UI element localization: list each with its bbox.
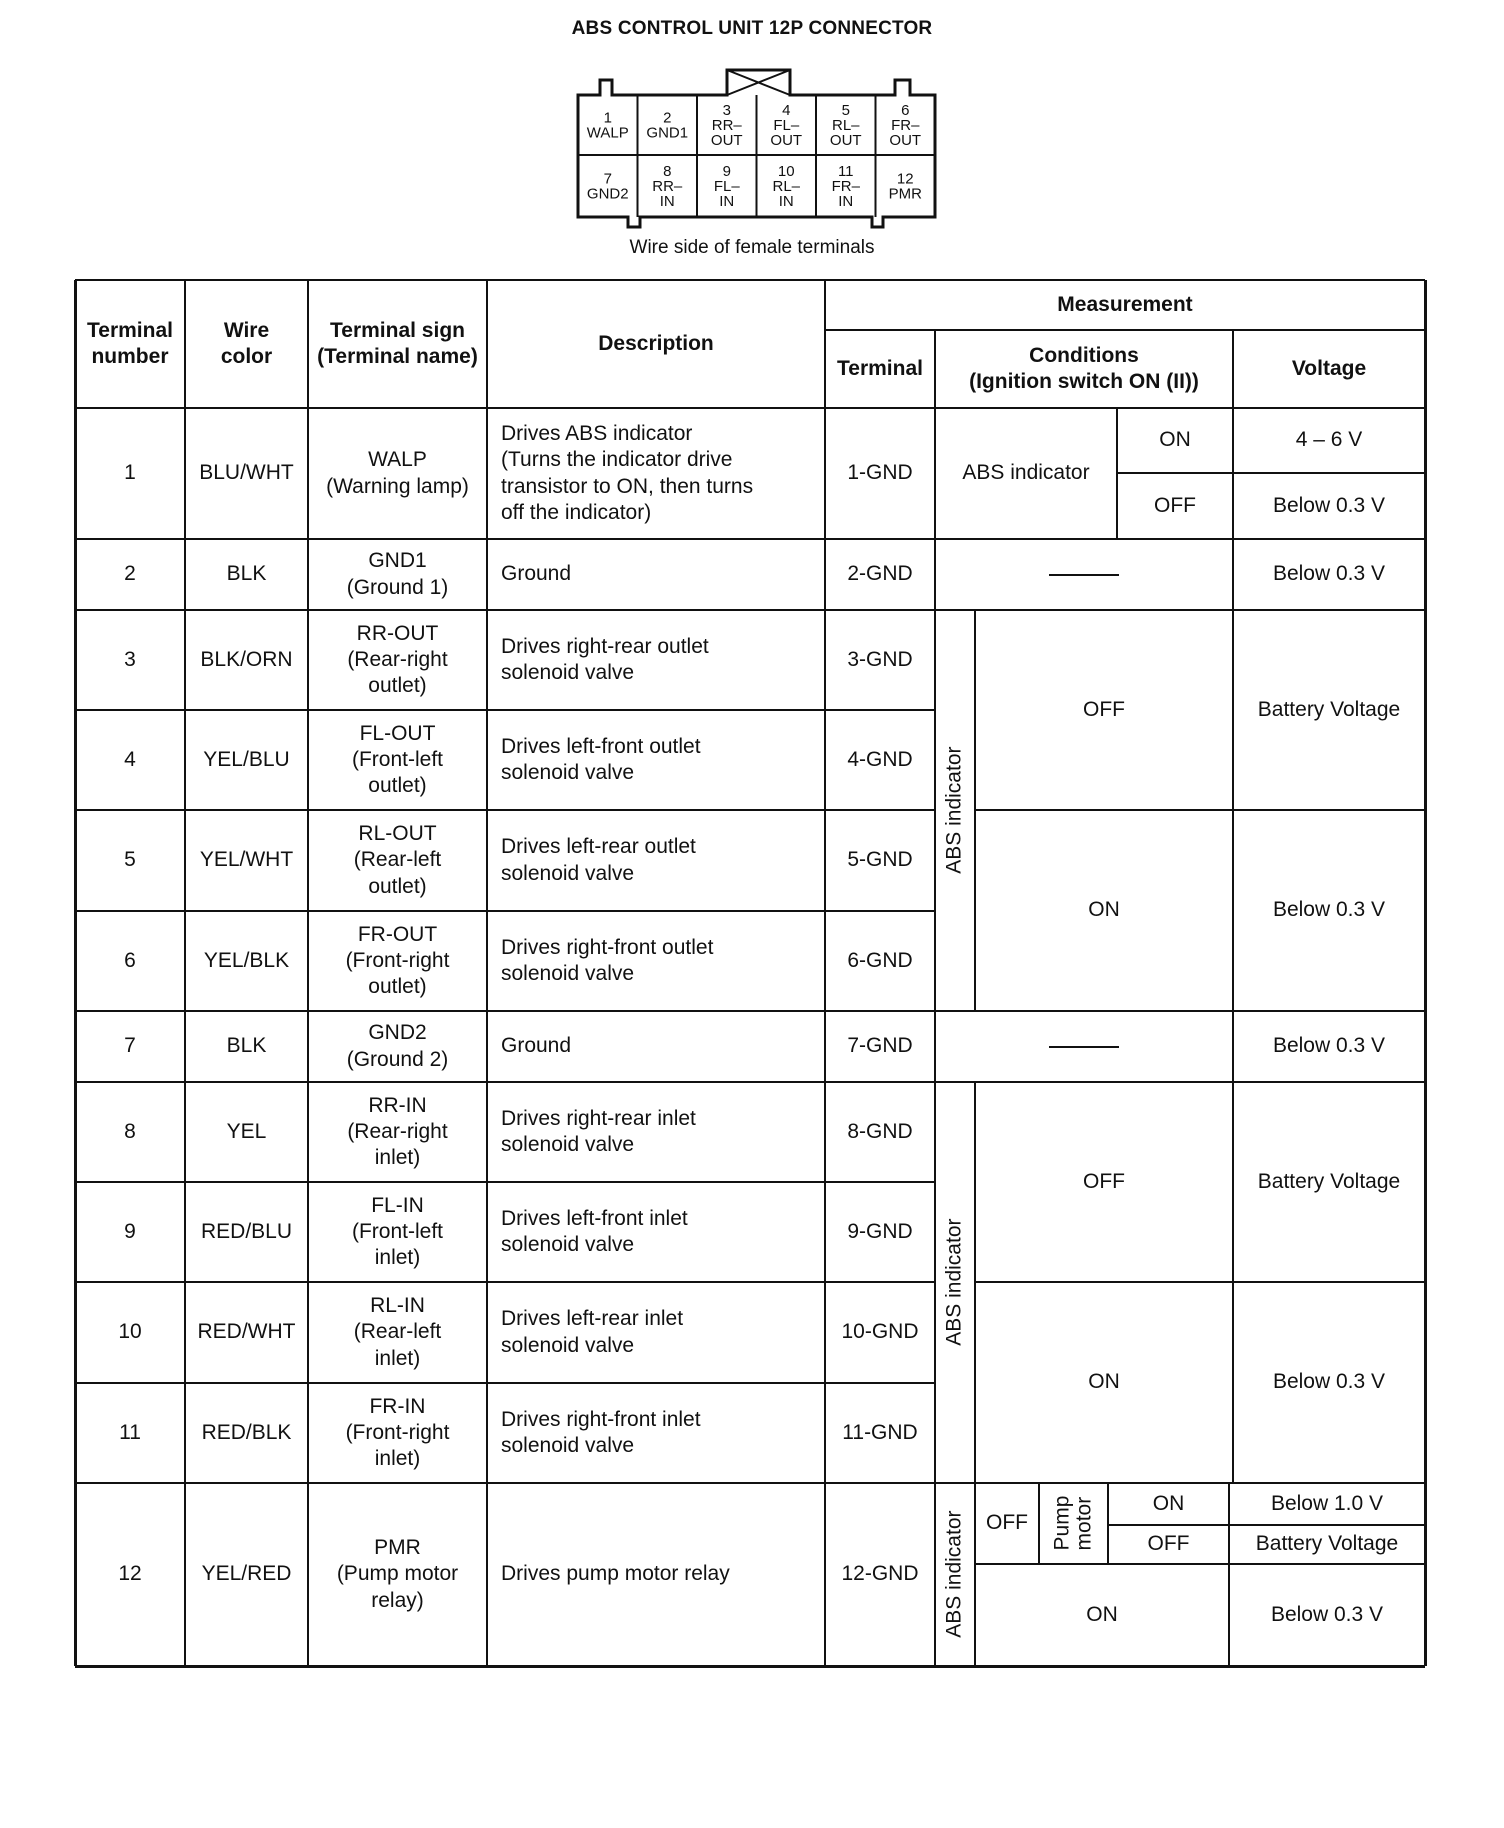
condition-state-cell: OFF <box>1117 473 1233 539</box>
voltage-cell: Battery Voltage <box>1233 1082 1425 1282</box>
svg-text:GND2: GND2 <box>587 186 629 203</box>
svg-text:WALP: WALP <box>587 125 629 142</box>
rule-line <box>75 1010 935 1012</box>
header-voltage: Voltage <box>1233 330 1425 408</box>
abs-indicator-group-label: ABS indicator <box>935 1483 975 1666</box>
voltage-cell: Below 0.3 V <box>1233 1282 1425 1483</box>
terminal-number-cell: 5 <box>75 810 185 911</box>
terminal-sign-cell: RR-IN (Rear-right inlet) <box>308 1082 487 1182</box>
rule-line <box>1228 1483 1230 1666</box>
abs-indicator-group-label: ABS indicator <box>935 1082 975 1483</box>
wire-color-cell: YEL/BLK <box>185 911 308 1011</box>
terminal-number-cell: 2 <box>75 539 185 610</box>
header-description: Description <box>487 280 825 408</box>
measurement-terminal-cell: 7-GND <box>825 1011 935 1082</box>
svg-text:OUT: OUT <box>889 132 921 149</box>
rule-line <box>75 1081 935 1083</box>
description-cell: Drives ABS indicator (Turns the indicato… <box>487 408 825 539</box>
rule-line <box>184 280 186 1666</box>
header-terminal-number: Terminal number <box>75 280 185 408</box>
rule-line <box>1424 280 1427 1666</box>
rule-line <box>935 609 1425 611</box>
description-cell: Drives right-rear inlet solenoid valve <box>487 1082 825 1182</box>
header-conditions: Conditions (Ignition switch ON (II)) <box>935 330 1233 408</box>
abs-indicator-group-label: ABS indicator <box>935 610 975 1011</box>
voltage-cell: Battery Voltage <box>1233 610 1425 810</box>
rule-line <box>74 280 77 1666</box>
description-cell: Drives pump motor relay <box>487 1483 825 1666</box>
terminal-number-cell: 1 <box>75 408 185 539</box>
pump-motor-label: Pump motor <box>1039 1483 1108 1564</box>
wire-color-cell: YEL <box>185 1082 308 1182</box>
svg-text:IN: IN <box>779 193 794 210</box>
voltage-cell: Below 1.0 V <box>1229 1483 1425 1525</box>
rule-line <box>75 1382 935 1384</box>
svg-text:IN: IN <box>838 193 853 210</box>
svg-text:OUT: OUT <box>770 132 802 149</box>
wire-color-cell: BLK/ORN <box>185 610 308 710</box>
rule-line <box>75 910 935 912</box>
svg-text:GND1: GND1 <box>646 125 688 142</box>
pump-state-cell: ON <box>1108 1483 1229 1525</box>
svg-text:OUT: OUT <box>711 132 743 149</box>
condition-state-cell: OFF <box>975 610 1233 810</box>
svg-text:PMR: PMR <box>889 186 923 203</box>
measurement-terminal-cell: 8-GND <box>825 1082 935 1182</box>
terminal-sign-cell: GND2 (Ground 2) <box>308 1011 487 1082</box>
terminal-number-cell: 4 <box>75 710 185 810</box>
description-cell: Drives left-front outlet solenoid valve <box>487 710 825 810</box>
condition-state-cell: ON <box>975 1282 1233 1483</box>
rule-line <box>935 1081 1425 1083</box>
condition-state-cell: OFF <box>975 1483 1039 1564</box>
voltage-cell: Below 0.3 V <box>1233 473 1425 539</box>
measurement-terminal-cell: 6-GND <box>825 911 935 1011</box>
terminal-number-cell: 9 <box>75 1182 185 1282</box>
condition-cell <box>935 1011 1233 1082</box>
description-cell: Ground <box>487 1011 825 1082</box>
terminal-sign-cell: FR-OUT (Front-right outlet) <box>308 911 487 1011</box>
wire-color-cell: BLU/WHT <box>185 408 308 539</box>
rule-line <box>934 330 936 1666</box>
rule-line <box>935 538 1425 540</box>
wire-color-cell: RED/BLU <box>185 1182 308 1282</box>
header-measurement: Measurement <box>825 280 1425 330</box>
voltage-cell: 4 – 6 V <box>1233 408 1425 473</box>
description-cell: Drives right-front outlet solenoid valve <box>487 911 825 1011</box>
dash-mark <box>1049 1046 1119 1048</box>
rule-line <box>75 1281 935 1283</box>
terminal-sign-cell: PMR (Pump motor relay) <box>308 1483 487 1666</box>
condition-cell: ABS indicator <box>935 408 1117 539</box>
rule-line <box>975 1281 1425 1283</box>
measurement-terminal-cell: 11-GND <box>825 1383 935 1483</box>
description-cell: Drives left-front inlet solenoid valve <box>487 1182 825 1282</box>
wire-color-cell: YEL/WHT <box>185 810 308 911</box>
voltage-cell: Below 0.3 V <box>1233 810 1425 1011</box>
terminal-number-cell: 3 <box>75 610 185 710</box>
rule-line <box>975 809 1425 811</box>
rule-line <box>75 1665 1425 1668</box>
rule-line <box>1038 1483 1040 1564</box>
terminal-sign-cell: RL-OUT (Rear-left outlet) <box>308 810 487 911</box>
rule-line <box>75 1482 935 1484</box>
voltage-cell: Below 0.3 V <box>1233 1011 1425 1082</box>
connector-diagram: 1WALP2GND13RR–OUT4FL–OUT5RL–OUT6FR–OUT7G… <box>570 64 950 234</box>
header-terminal-sign: Terminal sign (Terminal name) <box>308 280 487 408</box>
voltage-cell: Below 0.3 V <box>1229 1564 1425 1666</box>
svg-text:IN: IN <box>719 193 734 210</box>
condition-state-cell: ON <box>1117 408 1233 473</box>
rule-line <box>75 1181 935 1183</box>
terminal-sign-cell: RR-OUT (Rear-right outlet) <box>308 610 487 710</box>
condition-cell <box>935 539 1233 610</box>
pump-state-cell: OFF <box>1108 1525 1229 1564</box>
wire-color-cell: YEL/RED <box>185 1483 308 1666</box>
page-title: ABS CONTROL UNIT 12P CONNECTOR <box>0 18 1504 40</box>
description-cell: Drives right-front inlet solenoid valve <box>487 1383 825 1483</box>
svg-text:IN: IN <box>660 193 675 210</box>
terminal-sign-cell: WALP (Warning lamp) <box>308 408 487 539</box>
svg-text:OUT: OUT <box>830 132 862 149</box>
rule-line <box>824 280 826 1666</box>
terminal-number-cell: 12 <box>75 1483 185 1666</box>
dash-mark <box>1049 574 1119 576</box>
rule-line <box>1232 330 1234 1483</box>
description-cell: Drives right-rear outlet solenoid valve <box>487 610 825 710</box>
terminal-sign-cell: FL-OUT (Front-left outlet) <box>308 710 487 810</box>
condition-state-cell: OFF <box>975 1082 1233 1282</box>
condition-state-cell: ON <box>975 810 1233 1011</box>
measurement-terminal-cell: 3-GND <box>825 610 935 710</box>
measurement-terminal-cell: 10-GND <box>825 1282 935 1383</box>
rule-line <box>975 1563 1425 1565</box>
terminal-number-cell: 6 <box>75 911 185 1011</box>
rule-line <box>75 809 935 811</box>
measurement-terminal-cell: 2-GND <box>825 539 935 610</box>
rule-line <box>75 709 935 711</box>
terminal-sign-cell: GND1 (Ground 1) <box>308 539 487 610</box>
measurement-terminal-cell: 5-GND <box>825 810 935 911</box>
description-cell: Ground <box>487 539 825 610</box>
rule-line <box>825 329 1425 331</box>
wire-color-cell: RED/BLK <box>185 1383 308 1483</box>
rule-line <box>75 279 1425 281</box>
terminal-number-cell: 11 <box>75 1383 185 1483</box>
rule-line <box>486 280 488 1666</box>
rule-line <box>1108 1524 1425 1526</box>
rule-line <box>935 1010 1425 1012</box>
wire-color-cell: YEL/BLU <box>185 710 308 810</box>
rule-line <box>974 1483 976 1666</box>
measurement-terminal-cell: 1-GND <box>825 408 935 539</box>
condition-state-cell: ON <box>975 1564 1229 1666</box>
connector-caption: Wire side of female terminals <box>0 237 1504 259</box>
wire-color-cell: BLK <box>185 539 308 610</box>
terminal-number-cell: 7 <box>75 1011 185 1082</box>
rule-line <box>307 280 309 1666</box>
rule-line <box>935 1482 1425 1484</box>
voltage-cell: Battery Voltage <box>1229 1525 1425 1564</box>
measurement-terminal-cell: 4-GND <box>825 710 935 810</box>
rule-line <box>1117 472 1425 474</box>
wire-color-cell: BLK <box>185 1011 308 1082</box>
rule-line <box>75 407 1425 409</box>
rule-line <box>75 538 935 540</box>
description-cell: Drives left-rear outlet solenoid valve <box>487 810 825 911</box>
voltage-cell: Below 0.3 V <box>1233 539 1425 610</box>
wire-color-cell: RED/WHT <box>185 1282 308 1383</box>
header-wire-color: Wire color <box>185 280 308 408</box>
measurement-terminal-cell: 12-GND <box>825 1483 935 1666</box>
header-terminal: Terminal <box>825 330 935 408</box>
terminal-sign-cell: FL-IN (Front-left inlet) <box>308 1182 487 1282</box>
description-cell: Drives left-rear inlet solenoid valve <box>487 1282 825 1383</box>
terminal-sign-cell: RL-IN (Rear-left inlet) <box>308 1282 487 1383</box>
measurement-terminal-cell: 9-GND <box>825 1182 935 1282</box>
rule-line <box>75 609 935 611</box>
terminal-sign-cell: FR-IN (Front-right inlet) <box>308 1383 487 1483</box>
terminal-number-cell: 10 <box>75 1282 185 1383</box>
terminal-number-cell: 8 <box>75 1082 185 1182</box>
